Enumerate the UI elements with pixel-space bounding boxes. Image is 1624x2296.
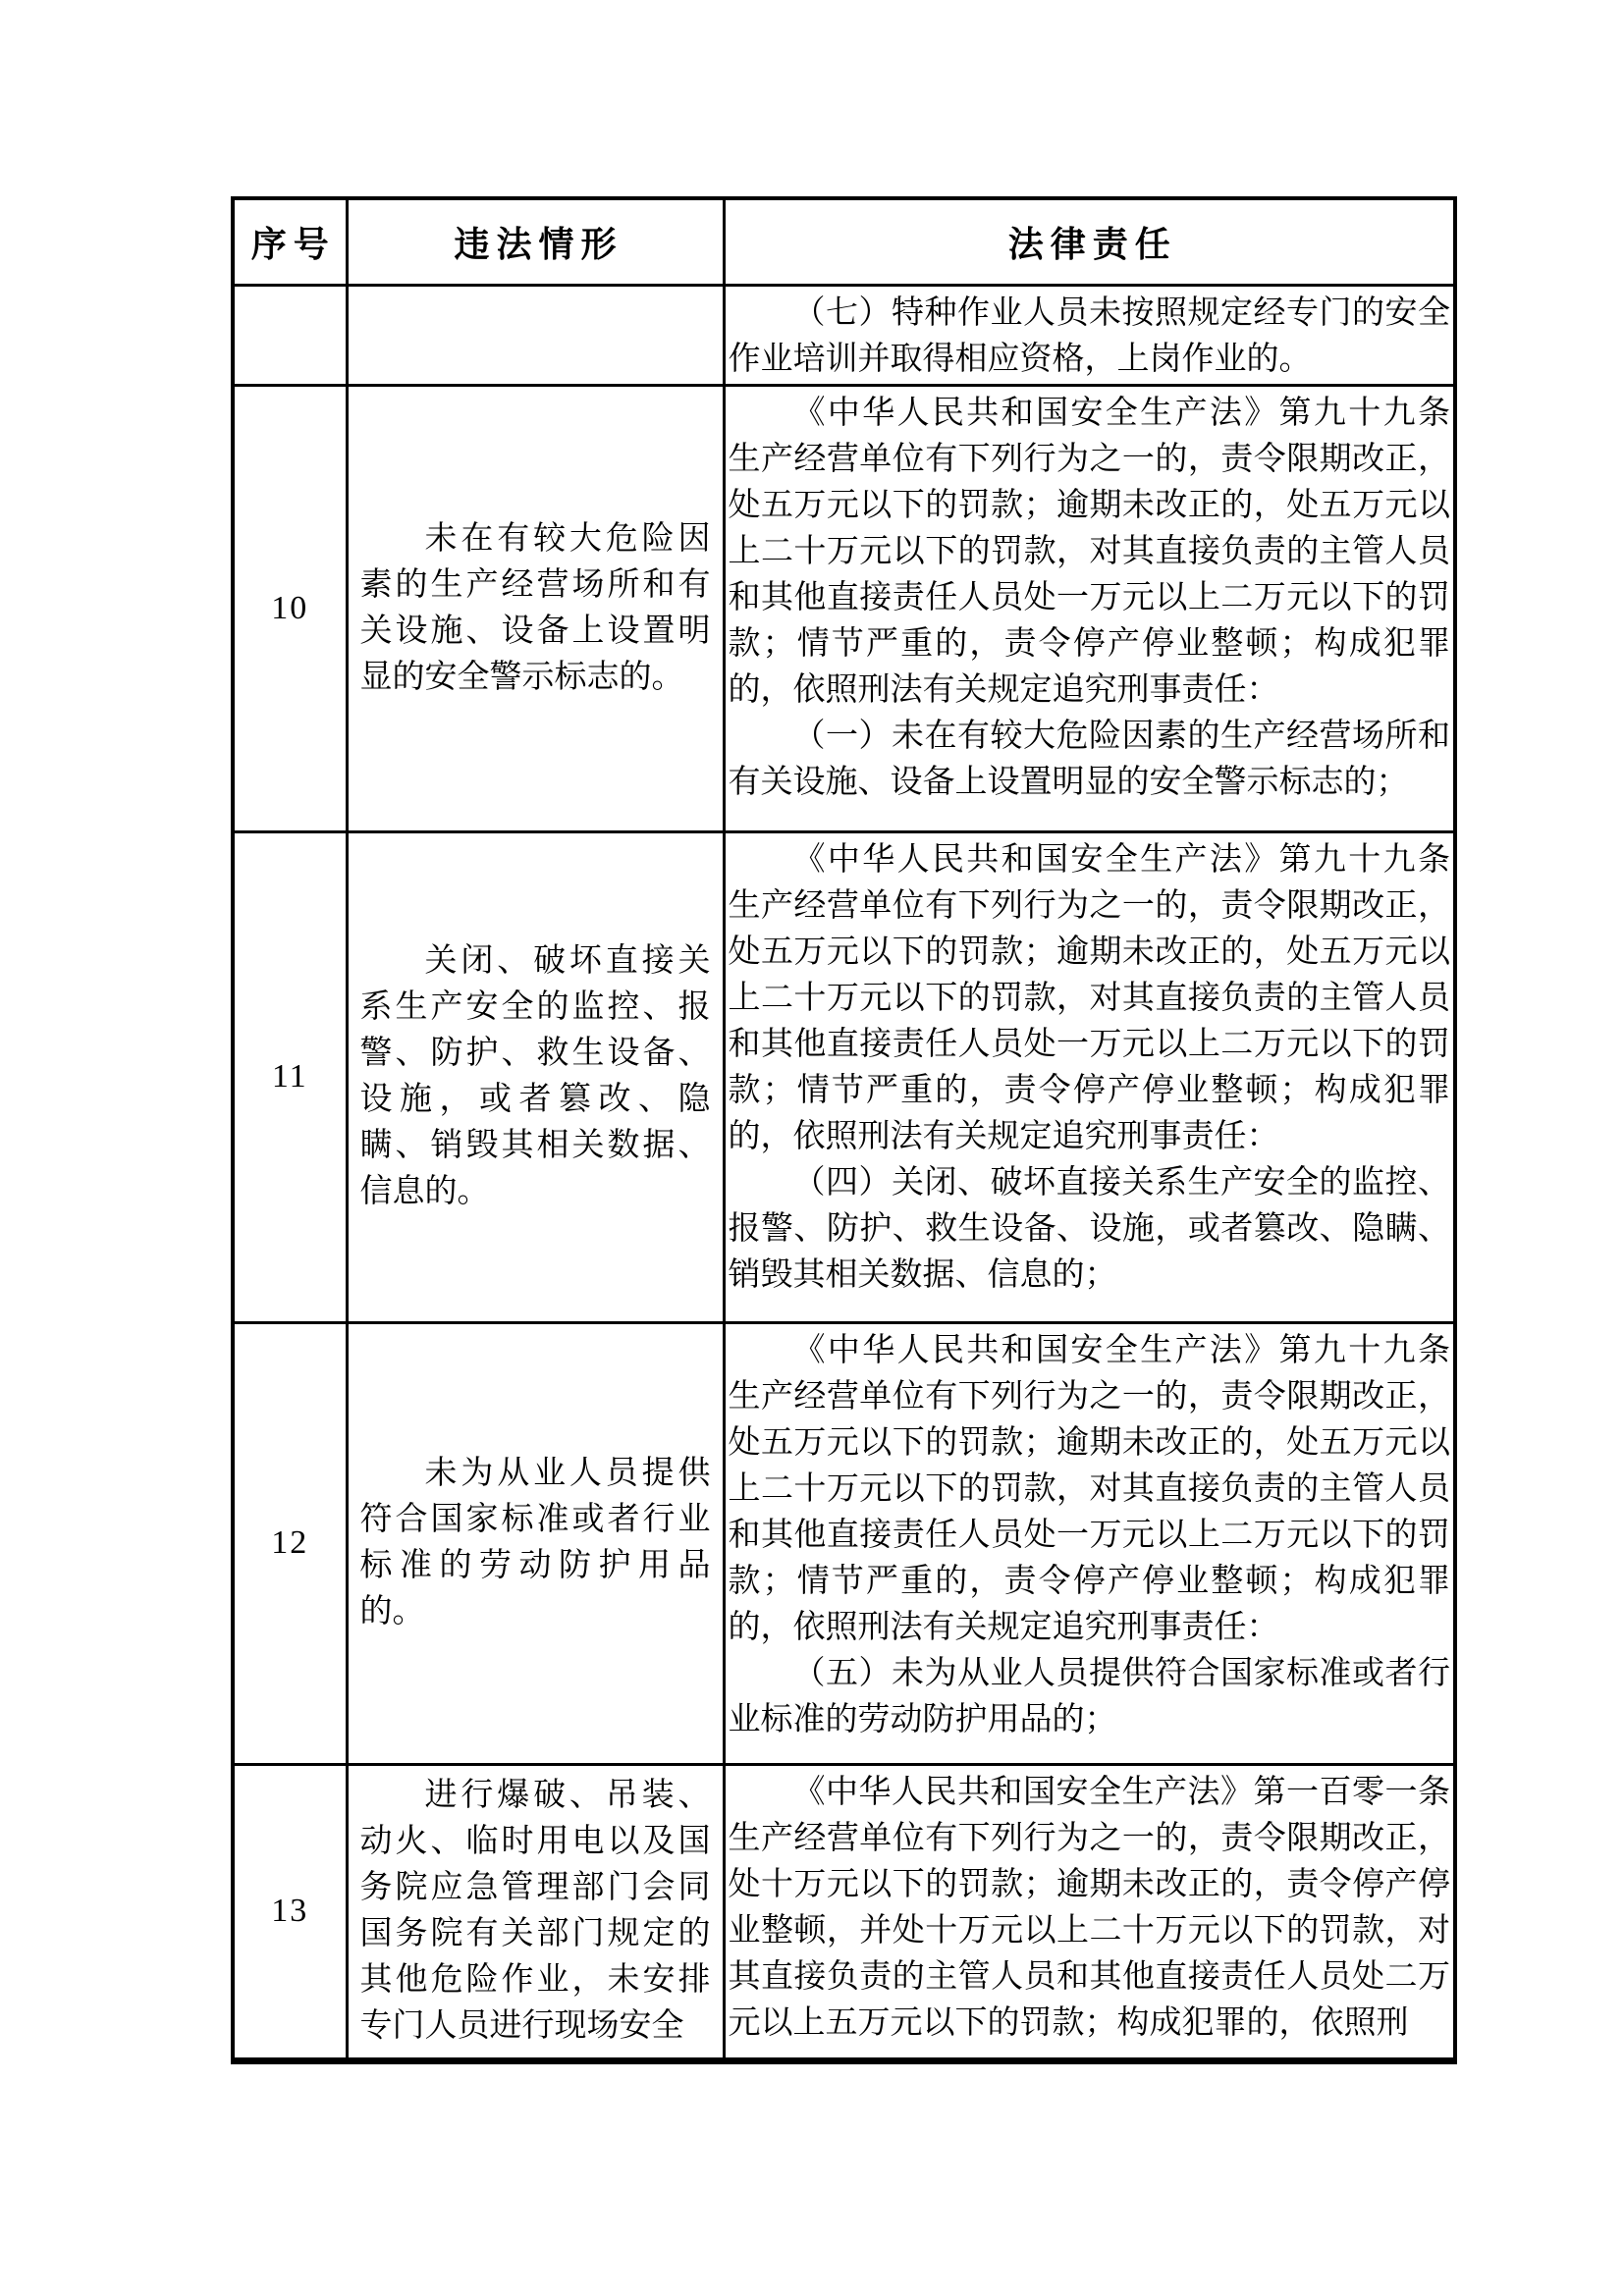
violation-paragraph: 进行爆破、吊装、动火、临时用电以及国务院应急管理部门会同国务院有关部门规定的其他… [360, 1773, 711, 2050]
violation-paragraph: 未为从业人员提供符合国家标准或者行业标准的劳动防护用品的。 [360, 1451, 711, 1635]
liability-paragraph: 《中华人民共和国安全生产法》第九十九条 生产经营单位有下列行为之一的，责令限期改… [729, 837, 1451, 1160]
liability-paragraph: 《中华人民共和国安全生产法》第九十九条 生产经营单位有下列行为之一的，责令限期改… [729, 391, 1451, 714]
table-row-10: 10 未在有较大危险因素的生产经营场所和有关设施、设备上设置明显的安全警示标志的… [233, 385, 1455, 831]
table-row-continuation: （七）特种作业人员未按照规定经专门的安全作业培训并取得相应资格，上岗作业的。 [233, 285, 1455, 385]
liability-paragraph: （一）未在有较大危险因素的生产经营场所和有关设施、设备上设置明显的安全警示标志的… [729, 714, 1451, 806]
liability-paragraph: （五）未为从业人员提供符合国家标准或者行业标准的劳动防护用品的； [729, 1651, 1451, 1743]
serial-number-header: 序号 [233, 198, 347, 285]
serial-cell: 12 [233, 1322, 347, 1764]
liability-cell: 《中华人民共和国安全生产法》第九十九条 生产经营单位有下列行为之一的，责令限期改… [724, 831, 1455, 1322]
violation-cell: 未为从业人员提供符合国家标准或者行业标准的劳动防护用品的。 [347, 1322, 724, 1764]
liability-cell: （七）特种作业人员未按照规定经专门的安全作业培训并取得相应资格，上岗作业的。 [724, 285, 1455, 385]
liability-paragraph: （四）关闭、破坏直接关系生产安全的监控、报警、防护、救生设备、设施，或者篡改、隐… [729, 1160, 1451, 1299]
liability-cell: 《中华人民共和国安全生产法》第一百零一条 生产经营单位有下列行为之一的，责令限期… [724, 1764, 1455, 2060]
table-row-12: 12 未为从业人员提供符合国家标准或者行业标准的劳动防护用品的。 《中华人民共和… [233, 1322, 1455, 1764]
liability-header: 法律责任 [724, 198, 1455, 285]
liability-paragraph: 《中华人民共和国安全生产法》第九十九条 生产经营单位有下列行为之一的，责令限期改… [729, 1328, 1451, 1651]
liability-cell: 《中华人民共和国安全生产法》第九十九条 生产经营单位有下列行为之一的，责令限期改… [724, 1322, 1455, 1764]
serial-cell: 10 [233, 385, 347, 831]
table-row-11: 11 关闭、破坏直接关系生产安全的监控、报警、防护、救生设备、设施，或者篡改、隐… [233, 831, 1455, 1322]
violation-cell: 未在有较大危险因素的生产经营场所和有关设施、设备上设置明显的安全警示标志的。 [347, 385, 724, 831]
serial-cell [233, 285, 347, 385]
document-page: { "page": { "background_color": "#ffffff… [0, 0, 1624, 2296]
table-header-row: 序号 违法情形 法律责任 [233, 198, 1455, 285]
serial-cell: 11 [233, 831, 347, 1322]
violation-cell [347, 285, 724, 385]
violation-paragraph: 未在有较大危险因素的生产经营场所和有关设施、设备上设置明显的安全警示标志的。 [360, 516, 711, 701]
liability-cell: 《中华人民共和国安全生产法》第九十九条 生产经营单位有下列行为之一的，责令限期改… [724, 385, 1455, 831]
serial-cell: 13 [233, 1764, 347, 2060]
liability-paragraph: （七）特种作业人员未按照规定经专门的安全作业培训并取得相应资格，上岗作业的。 [729, 291, 1451, 383]
violation-cell: 进行爆破、吊装、动火、临时用电以及国务院应急管理部门会同国务院有关部门规定的其他… [347, 1764, 724, 2060]
violation-liability-table: 序号 违法情形 法律责任 （七）特种作业人员未按照规定经专门的安全作业培训并取得… [231, 196, 1457, 2064]
violation-cell: 关闭、破坏直接关系生产安全的监控、报警、防护、救生设备、设施，或者篡改、隐瞒、销… [347, 831, 724, 1322]
liability-paragraph: 《中华人民共和国安全生产法》第一百零一条 生产经营单位有下列行为之一的，责令限期… [729, 1770, 1451, 2047]
table-row-13: 13 进行爆破、吊装、动火、临时用电以及国务院应急管理部门会同国务院有关部门规定… [233, 1764, 1455, 2060]
violation-paragraph: 关闭、破坏直接关系生产安全的监控、报警、防护、救生设备、设施，或者篡改、隐瞒、销… [360, 938, 711, 1215]
violation-header: 违法情形 [347, 198, 724, 285]
